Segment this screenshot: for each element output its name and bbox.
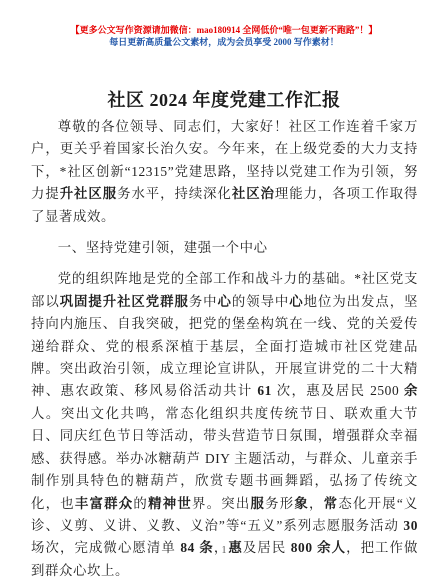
ad-banner-line1: 【更多公文写作资源请加微信：mao180914 全网低价“唯一包更新不跑路”！】 <box>0 24 448 36</box>
text-run-bold: 服 <box>250 496 265 511</box>
text-run: 次，惠及居民 2500 <box>272 383 404 398</box>
ad-banner-line2: 每日更新高质量公文素材，成为会员享受 2000 写作素材！ <box>0 36 448 49</box>
page-number: 1 <box>0 545 448 556</box>
section-heading: 一、坚持党建引领，建强一个中心 <box>31 237 418 259</box>
text-run-bold: 心 <box>289 294 303 309</box>
text-run-bold: 社区治 <box>232 186 275 201</box>
text-run-bold: 30 <box>403 518 418 533</box>
text-run: 界。突出 <box>192 496 251 511</box>
text-run: 务水平，持续深化 <box>117 186 232 201</box>
paragraph: 尊敬的各位领导、同志们，大家好！社区工作连着千家万户，更关乎着国家长治久安。今年… <box>31 116 418 228</box>
text-run: 务中 <box>189 294 218 309</box>
document-page: 【更多公文写作资源请加微信：mao180914 全网低价“唯一包更新不跑路”！】… <box>0 0 448 580</box>
text-run: 一、坚持党建引领，建强一个中心 <box>58 240 268 255</box>
text-run-bold: 巩固提升社区党群服 <box>60 294 189 309</box>
text-run-bold: 心 <box>218 294 232 309</box>
text-run: ， <box>309 496 324 511</box>
document-title: 社区 2024 年度党建工作汇报 <box>0 86 448 112</box>
ad-banner: 【更多公文写作资源请加微信：mao180914 全网低价“唯一包更新不跑路”！】… <box>0 24 448 49</box>
text-run-bold: 余 <box>404 383 418 398</box>
paragraph: 党的组织阵地是党的全部工作和战斗力的基础。*社区党支部以巩固提升社区党群服务中心… <box>31 268 418 580</box>
text-run-bold: 象 <box>294 496 309 511</box>
text-run: 的领导中 <box>232 294 289 309</box>
text-run: 务形 <box>265 496 294 511</box>
document-body: 尊敬的各位领导、同志们，大家好！社区工作连着千家万户，更关乎着国家长治久安。今年… <box>31 116 418 580</box>
text-run-bold: 升社区服 <box>60 186 117 201</box>
text-run: 的 <box>133 496 148 511</box>
text-run-bold: 61 <box>257 383 272 398</box>
text-run-bold: 丰富群众 <box>75 496 134 511</box>
text-run-bold: 精神世 <box>148 496 192 511</box>
text-run-bold: 常 <box>324 496 339 511</box>
